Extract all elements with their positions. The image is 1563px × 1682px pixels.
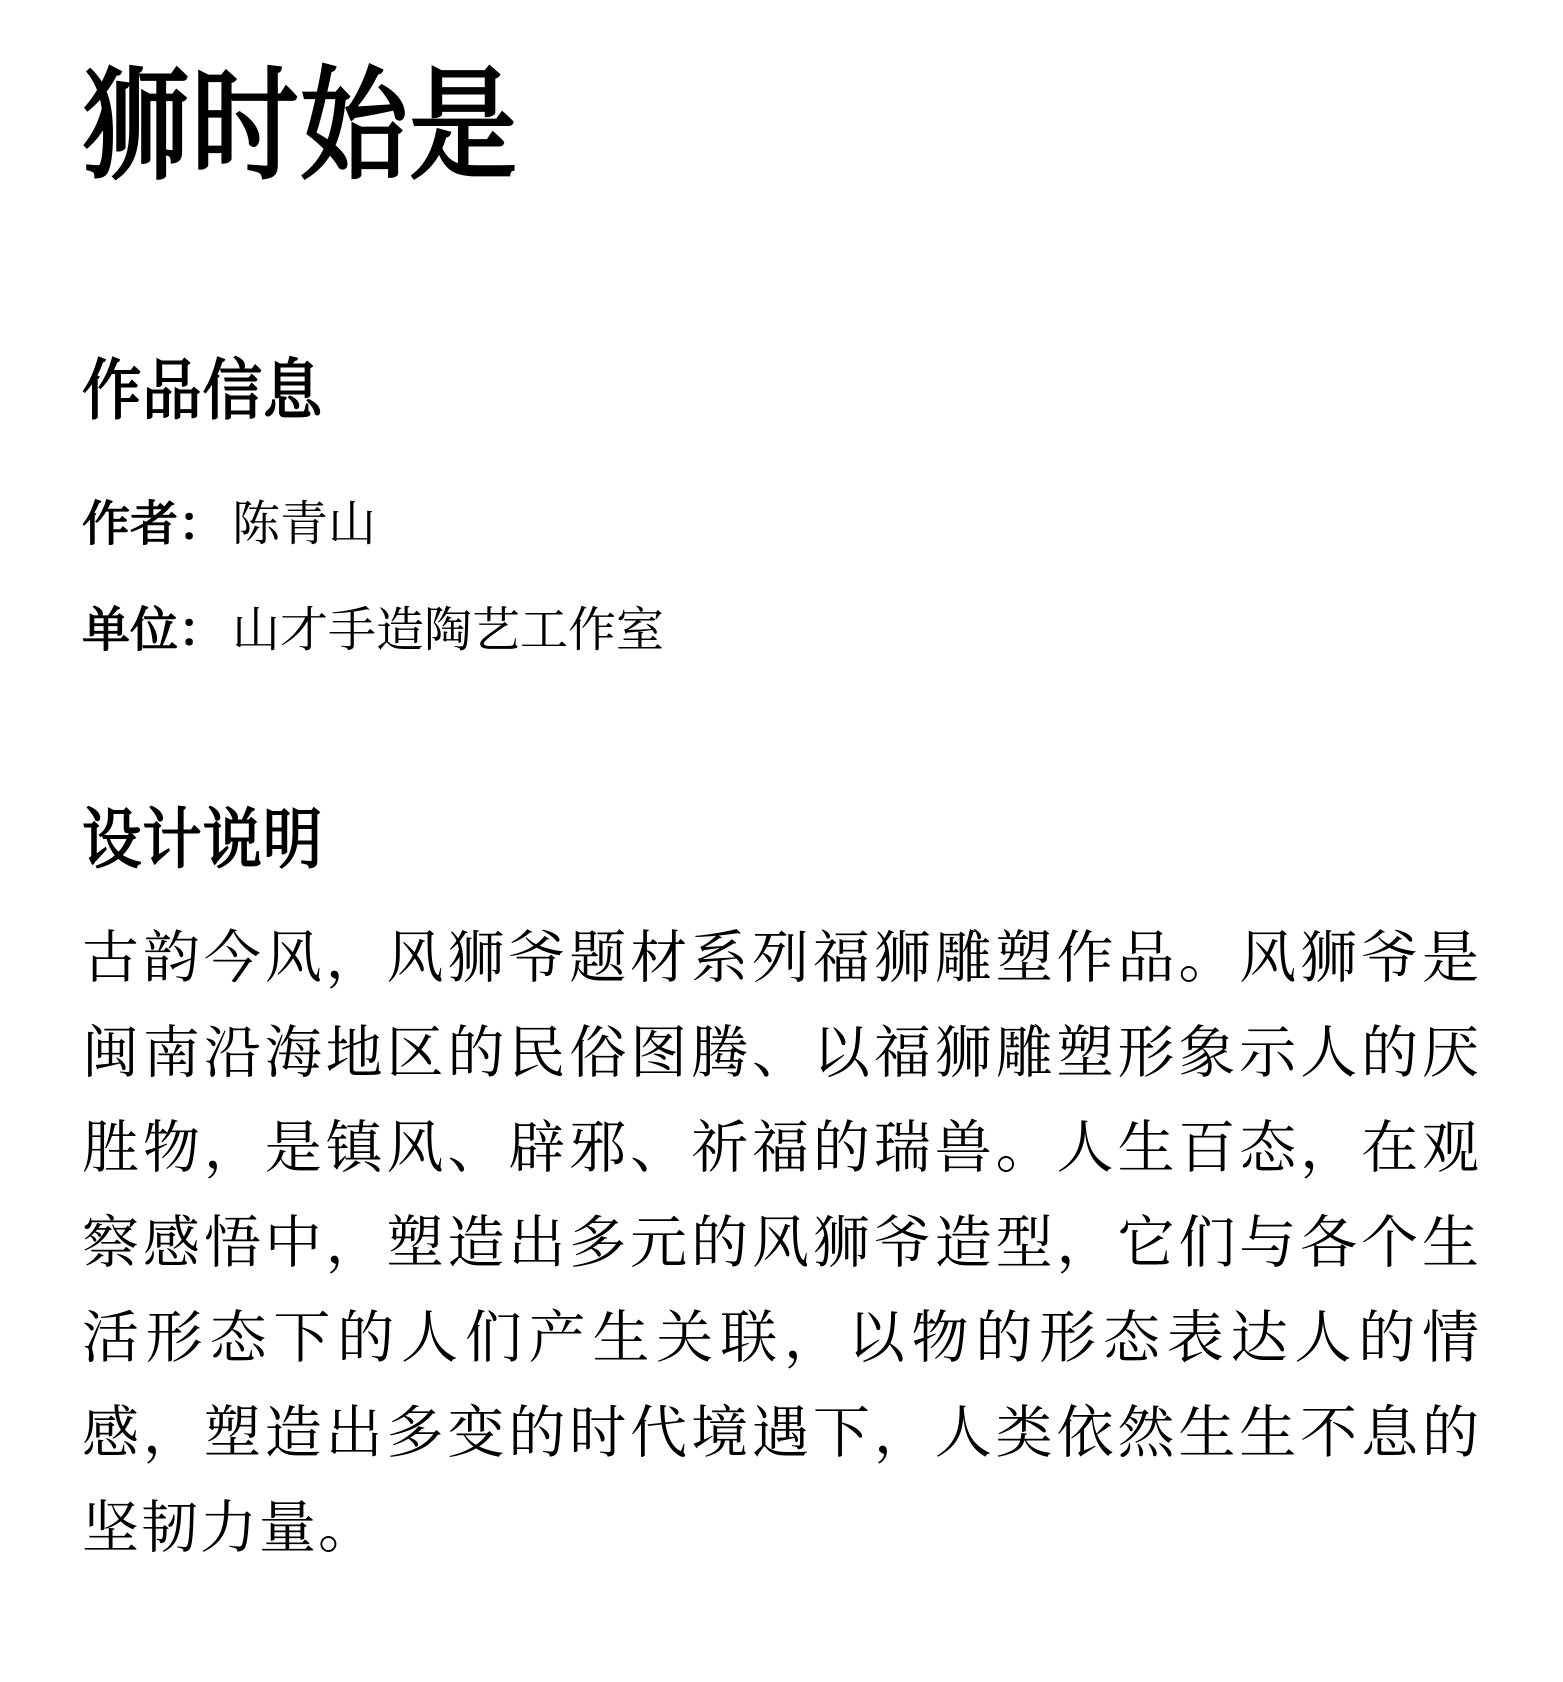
- unit-field: 单位：山才手造陶艺工作室: [82, 607, 1481, 655]
- design-description-text: 古韵今风，风狮爷题材系列福狮雕塑作品。风狮爷是闽南沿海地区的民俗图腾、以福狮雕塑…: [82, 911, 1481, 1576]
- document-page: 狮时始是 作品信息 作者：陈青山 单位：山才手造陶艺工作室 设计说明 古韵今风，…: [0, 0, 1563, 1682]
- unit-field-value: 山才手造陶艺工作室: [232, 604, 664, 657]
- author-field-value: 陈青山: [232, 498, 376, 551]
- page-title: 狮时始是: [82, 56, 1313, 196]
- work-info-fields: 作者：陈青山 单位：山才手造陶艺工作室: [82, 501, 1481, 655]
- author-field: 作者：陈青山: [82, 501, 1481, 549]
- unit-field-label: 单位：: [82, 604, 226, 657]
- section-heading-design-notes: 设计说明: [82, 803, 1341, 876]
- author-field-label: 作者：: [82, 498, 226, 551]
- section-heading-work-info: 作品信息: [82, 354, 1341, 427]
